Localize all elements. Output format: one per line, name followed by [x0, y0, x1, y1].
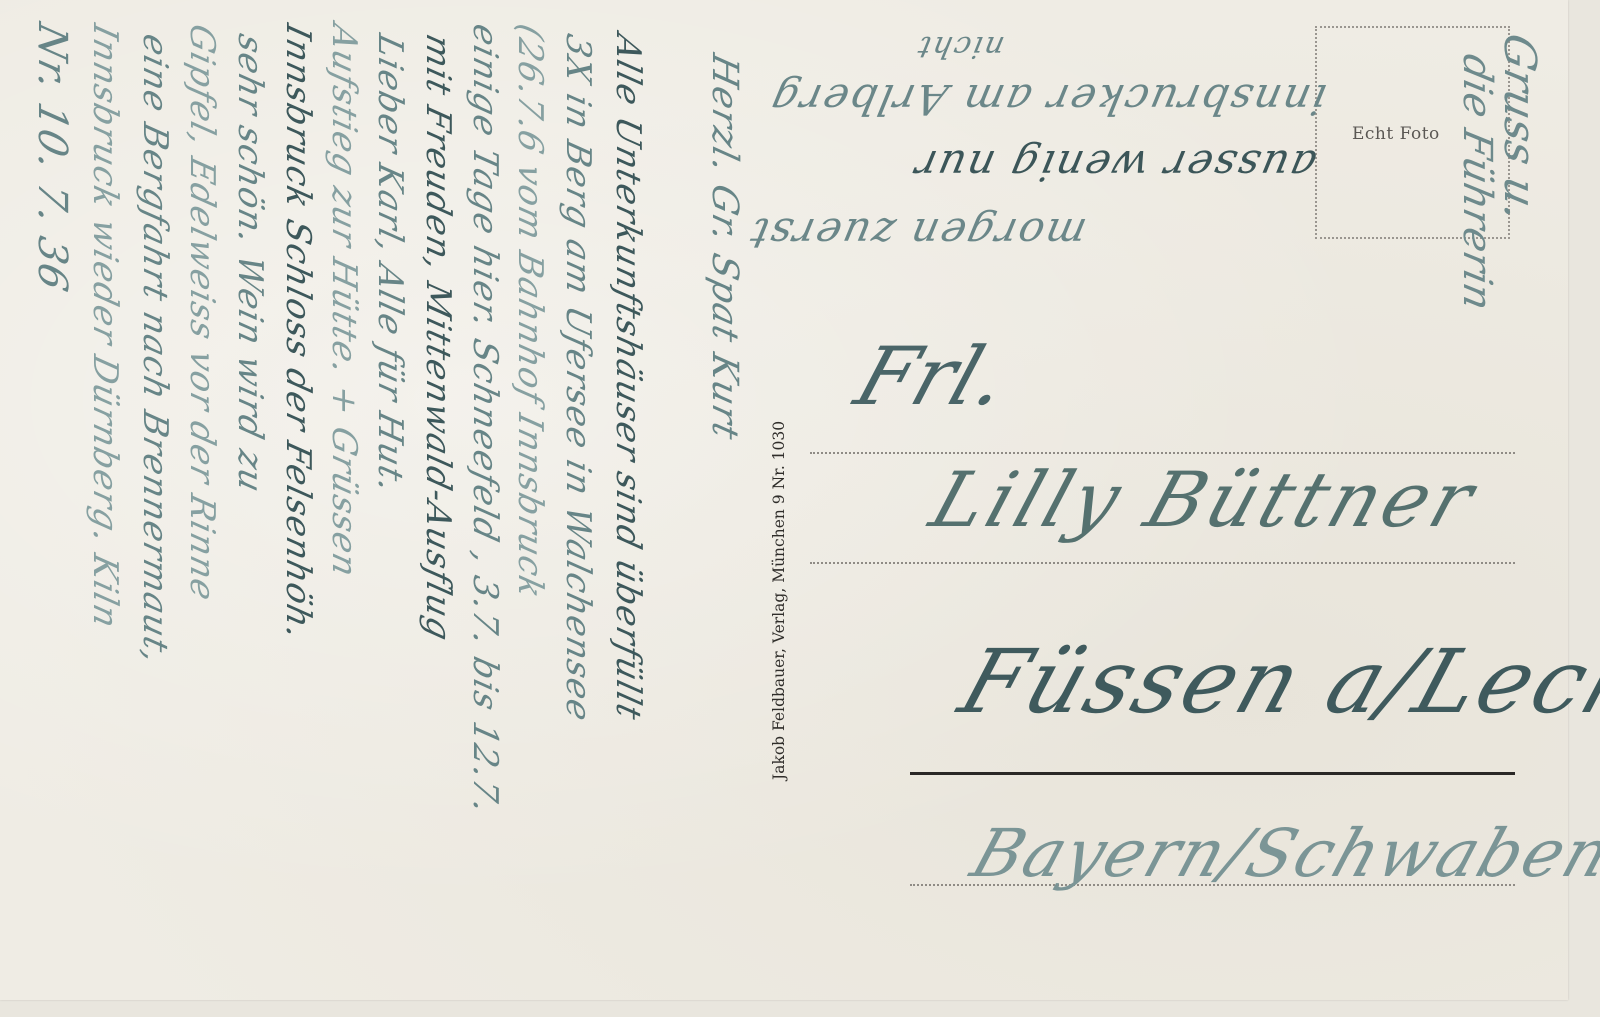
postcard-back: Echt Foto Jakob Feldbauer, Verlag, Münch…	[0, 0, 1568, 1000]
message-column: sehr schön. Wein wird zu	[230, 30, 270, 497]
address-place-underline	[910, 772, 1515, 775]
message-column: Innsbruck Schloss der Felsenhöh.	[278, 20, 318, 645]
address-line-1	[810, 452, 1515, 454]
message-column: Aufstieg zur Hütte. + Grüssen	[324, 20, 364, 582]
message-column: Lieber Karl, Alle für Hut.	[370, 30, 410, 498]
message-column: (26.7.6 vom Bahnhof Innsbruck	[510, 20, 550, 603]
message-column: Herzl. Gr. Spat Kurt	[704, 50, 745, 444]
address-place: Füssen a/Lech	[948, 630, 1600, 733]
address-name: Lilly Büttner	[921, 455, 1489, 544]
address-region: Bayern/Schwaben	[962, 815, 1600, 892]
address-line-2	[810, 562, 1515, 564]
message-column: Gipfel, Edelweiss vor der Rinne	[182, 20, 222, 605]
message-column: einige Tage hier. Schneefeld , 3.7. bis …	[465, 20, 505, 819]
note-right-col-0: Gruss u.	[1494, 29, 1545, 226]
publisher-imprint: Jakob Feldbauer, Verlag, München 9 Nr. 1…	[770, 421, 788, 780]
note-line-0: nicht	[913, 29, 1008, 64]
message-column: eine Bergfahrt nach Brennermaut,	[135, 30, 175, 669]
note-line-3: morgen zuerst	[744, 209, 1090, 258]
stamp-box-label: Echt Foto	[1352, 124, 1440, 144]
address-salutation: Frl.	[845, 330, 1020, 423]
message-column: Innsbruck wieder Dürnberg. Kiln	[85, 20, 125, 633]
note-line-2: ausser wenig nur	[909, 141, 1321, 190]
message-column: mit Freuden, Mittenwald-Ausflug	[418, 30, 458, 645]
note-right-col-1: die Führerin	[1454, 50, 1500, 314]
message-column: Nr. 10. 7. 36	[29, 19, 75, 297]
message-column: 3X in Berg am Ufersee in Walchensee	[558, 30, 598, 726]
message-column: Alle Unterkunftshäuser sind überfüllt	[608, 30, 648, 724]
note-line-1: innsbrucker am Arlberg	[765, 75, 1331, 124]
